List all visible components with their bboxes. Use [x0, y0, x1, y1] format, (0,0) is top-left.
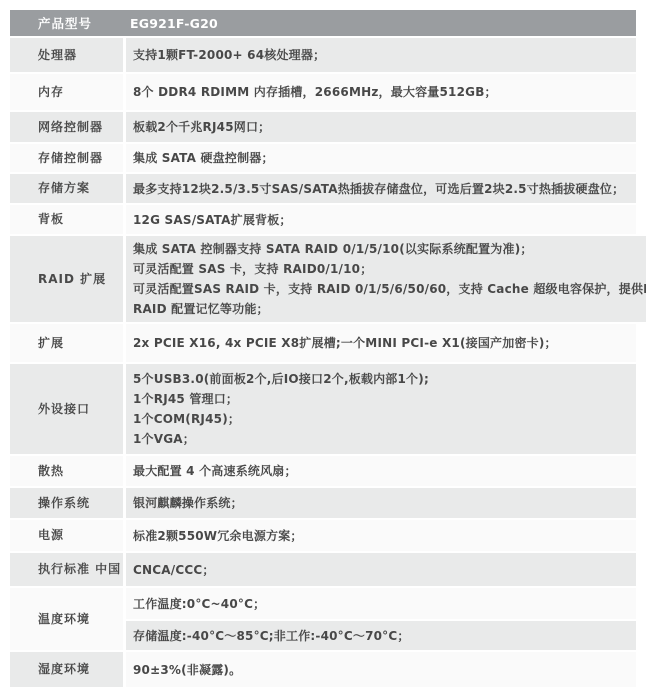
value-line: 90±3%(非凝露)。 — [133, 660, 636, 680]
spec-row-raid: RAID 扩展 集成 SATA 控制器支持 SATA RAID 0/1/5/10… — [10, 236, 636, 322]
row-label: 处理器 — [10, 38, 123, 72]
value-line: 集成 SATA 控制器支持 SATA RAID 0/1/5/10(以实际系统配置… — [133, 239, 646, 259]
row-value: 2x PCIE X16, 4x PCIE X8扩展槽;一个MINI PCI-e … — [123, 324, 636, 362]
spec-row-memory: 内存 8个 DDR4 RDIMM 内存插槽，2666MHz，最大容量512GB； — [10, 74, 636, 110]
value-line: 板载2个千兆RJ45网口； — [133, 117, 636, 137]
spec-row-power: 电源 标准2颗550W冗余电源方案； — [10, 520, 636, 551]
value-line: 集成 SATA 硬盘控制器； — [133, 148, 636, 168]
spec-row-expansion: 扩展 2x PCIE X16, 4x PCIE X8扩展槽;一个MINI PCI… — [10, 324, 636, 362]
value-line: 可灵活配置 SAS 卡，支持 RAID0/1/10； — [133, 259, 646, 279]
row-label: 存储方案 — [10, 174, 123, 203]
value-line: 最大配置 4 个高速系统风扇； — [133, 461, 636, 481]
row-value: 5个USB3.0(前面板2个,后IO接口2个,板载内部1个); 1个RJ45 管… — [123, 364, 636, 454]
spec-row-temperature: 温度环境 工作温度:0°C~40°C； 存储温度:-40°C～85°C;非工作:… — [10, 588, 636, 650]
value-line: CNCA/CCC； — [133, 560, 636, 580]
temperature-storage: 存储温度:-40°C～85°C;非工作:-40°C～70°C； — [123, 621, 636, 650]
value-line: 标准2颗550W冗余电源方案； — [133, 526, 636, 546]
row-label: 温度环境 — [10, 588, 123, 650]
value-line: 支持1颗FT-2000+ 64核处理器； — [133, 45, 636, 65]
value-line: 12G SAS/SATA扩展背板； — [133, 210, 636, 230]
row-value: 板载2个千兆RJ45网口； — [123, 112, 636, 142]
row-value: 90±3%(非凝露)。 — [123, 652, 636, 687]
row-value: 支持1颗FT-2000+ 64核处理器； — [123, 38, 636, 72]
value-line: 5个USB3.0(前面板2个,后IO接口2个,板载内部1个); — [133, 369, 636, 389]
spec-table: 产品型号 EG921F-G20 处理器 支持1颗FT-2000+ 64核处理器；… — [10, 10, 636, 687]
row-value: 8个 DDR4 RDIMM 内存插槽，2666MHz，最大容量512GB； — [123, 74, 636, 110]
row-label: 扩展 — [10, 324, 123, 362]
spec-row-os: 操作系统 银河麒麟操作系统； — [10, 488, 636, 518]
row-label: RAID 扩展 — [10, 236, 123, 322]
value-line: 8个 DDR4 RDIMM 内存插槽，2666MHz，最大容量512GB； — [133, 82, 636, 102]
temperature-sub-rows: 工作温度:0°C~40°C； 存储温度:-40°C～85°C;非工作:-40°C… — [123, 588, 636, 650]
value-line: RAID 配置记忆等功能； — [133, 299, 646, 319]
spec-row-cpu: 处理器 支持1颗FT-2000+ 64核处理器； — [10, 38, 636, 72]
row-label: 散热 — [10, 456, 123, 486]
spec-row-model: 产品型号 EG921F-G20 — [10, 10, 636, 36]
row-label: 背板 — [10, 205, 123, 234]
row-value: 标准2颗550W冗余电源方案； — [123, 520, 636, 551]
value-line: 银河麒麟操作系统； — [133, 493, 636, 513]
product-spec-page: 产品型号 EG921F-G20 处理器 支持1颗FT-2000+ 64核处理器；… — [0, 0, 646, 699]
value-line: 1个COM(RJ45)； — [133, 409, 636, 429]
row-label: 内存 — [10, 74, 123, 110]
spec-row-backplane: 背板 12G SAS/SATA扩展背板； — [10, 205, 636, 234]
row-label: 网络控制器 — [10, 112, 123, 142]
row-label: 存储控制器 — [10, 144, 123, 172]
row-label: 湿度环境 — [10, 652, 123, 687]
row-value: CNCA/CCC； — [123, 553, 636, 586]
model-header-label: 产品型号 — [10, 10, 123, 36]
row-value: 12G SAS/SATA扩展背板； — [123, 205, 636, 234]
spec-row-storage-controller: 存储控制器 集成 SATA 硬盘控制器； — [10, 144, 636, 172]
row-value: 银河麒麟操作系统； — [123, 488, 636, 518]
spec-row-peripheral-ports: 外设接口 5个USB3.0(前面板2个,后IO接口2个,板载内部1个); 1个R… — [10, 364, 636, 454]
value-line: 1个VGA； — [133, 429, 636, 449]
spec-row-certification: 执行标准 中国 CNCA/CCC； — [10, 553, 636, 586]
value-line: 1个RJ45 管理口； — [133, 389, 636, 409]
row-value: 集成 SATA 控制器支持 SATA RAID 0/1/5/10(以实际系统配置… — [123, 236, 646, 322]
row-value: 最大配置 4 个高速系统风扇； — [123, 456, 636, 486]
spec-row-cooling: 散热 最大配置 4 个高速系统风扇； — [10, 456, 636, 486]
row-value: 集成 SATA 硬盘控制器； — [123, 144, 636, 172]
value-line: 最多支持12块2.5/3.5寸SAS/SATA热插拔存储盘位，可选后置2块2.5… — [133, 179, 636, 199]
row-value: 最多支持12块2.5/3.5寸SAS/SATA热插拔存储盘位，可选后置2块2.5… — [123, 174, 636, 203]
row-label: 外设接口 — [10, 364, 123, 454]
spec-row-humidity: 湿度环境 90±3%(非凝露)。 — [10, 652, 636, 687]
row-label: 电源 — [10, 520, 123, 551]
value-line: 可灵活配置SAS RAID 卡，支持 RAID 0/1/5/6/50/60，支持… — [133, 279, 646, 299]
value-line: 2x PCIE X16, 4x PCIE X8扩展槽;一个MINI PCI-e … — [133, 333, 636, 353]
row-label: 操作系统 — [10, 488, 123, 518]
spec-row-storage-plan: 存储方案 最多支持12块2.5/3.5寸SAS/SATA热插拔存储盘位，可选后置… — [10, 174, 636, 203]
model-header-value: EG921F-G20 — [123, 10, 636, 36]
row-label: 执行标准 中国 — [10, 553, 123, 586]
spec-row-network-controller: 网络控制器 板载2个千兆RJ45网口； — [10, 112, 636, 142]
temperature-operating: 工作温度:0°C~40°C； — [123, 588, 636, 619]
